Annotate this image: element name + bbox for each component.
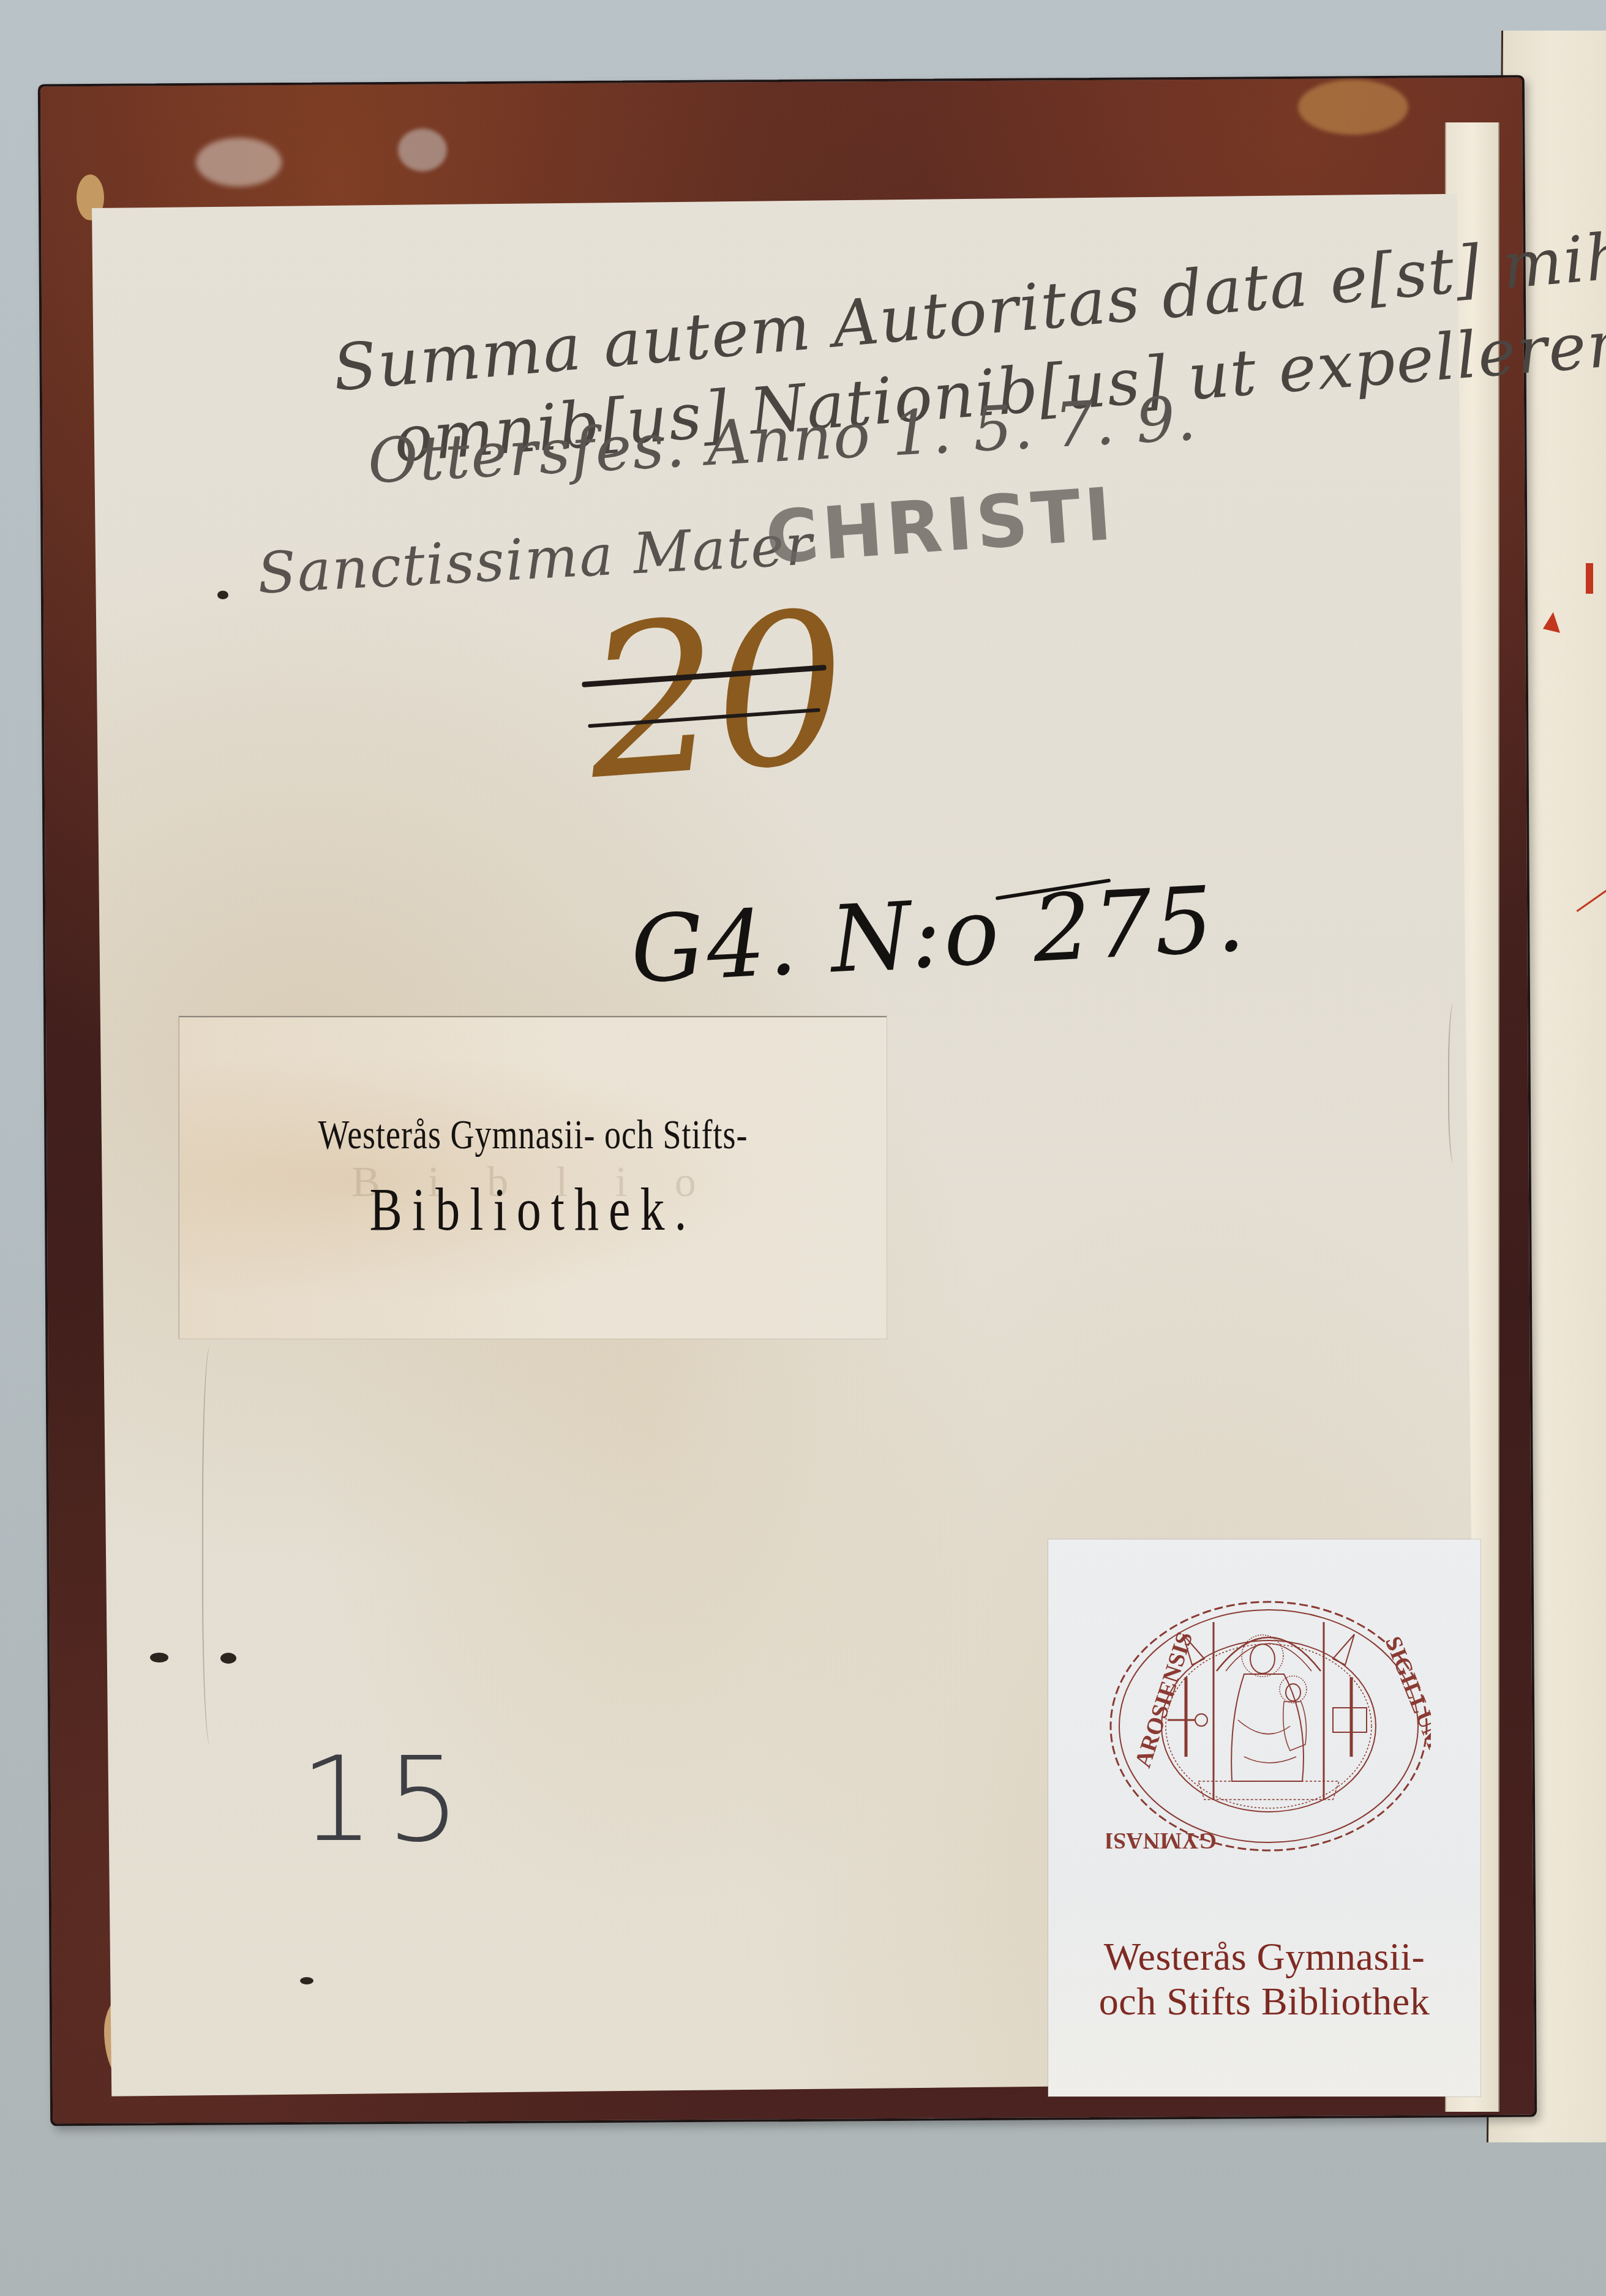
bookplate: AROSIENSIS SIGILLUM GYMNASII Westerås Gy… <box>1048 1539 1480 2096</box>
seal-text-left: AROSIENSIS <box>1130 1629 1198 1771</box>
leather-repair-patch <box>1298 80 1408 135</box>
leather-wear-spot <box>196 138 282 187</box>
pencil-number: 15 <box>300 1732 473 1868</box>
red-rubric-mark <box>1586 563 1593 594</box>
old-label-line-1: Westerås Gymnasii- och Stifts- <box>179 1110 887 1158</box>
worm-hole <box>217 591 228 599</box>
paper-crease <box>202 1347 222 1744</box>
old-library-label: B i b l i o Westerås Gymnasii- och Stift… <box>179 1016 887 1339</box>
bookplate-line-1: Westerås Gymnasii- <box>1048 1934 1480 1980</box>
old-label-line-2: Bibliothek. <box>179 1176 887 1246</box>
bookplate-line-2: och Stifts Bibliothek <box>1048 1979 1480 2024</box>
worm-hole <box>150 1653 168 1662</box>
worm-hole <box>220 1653 236 1664</box>
leather-wear-spot <box>398 129 447 171</box>
seal-text-right: SIGILLUM <box>1380 1633 1431 1753</box>
seal-text-bottom: GYMNASII <box>1106 1828 1217 1853</box>
seal-icon: AROSIENSIS SIGILLUM GYMNASII <box>1106 1598 1431 1855</box>
brown-ink-number: 20 <box>580 567 849 826</box>
paper-crease <box>1448 1004 1462 1163</box>
worm-hole <box>300 1977 313 1984</box>
